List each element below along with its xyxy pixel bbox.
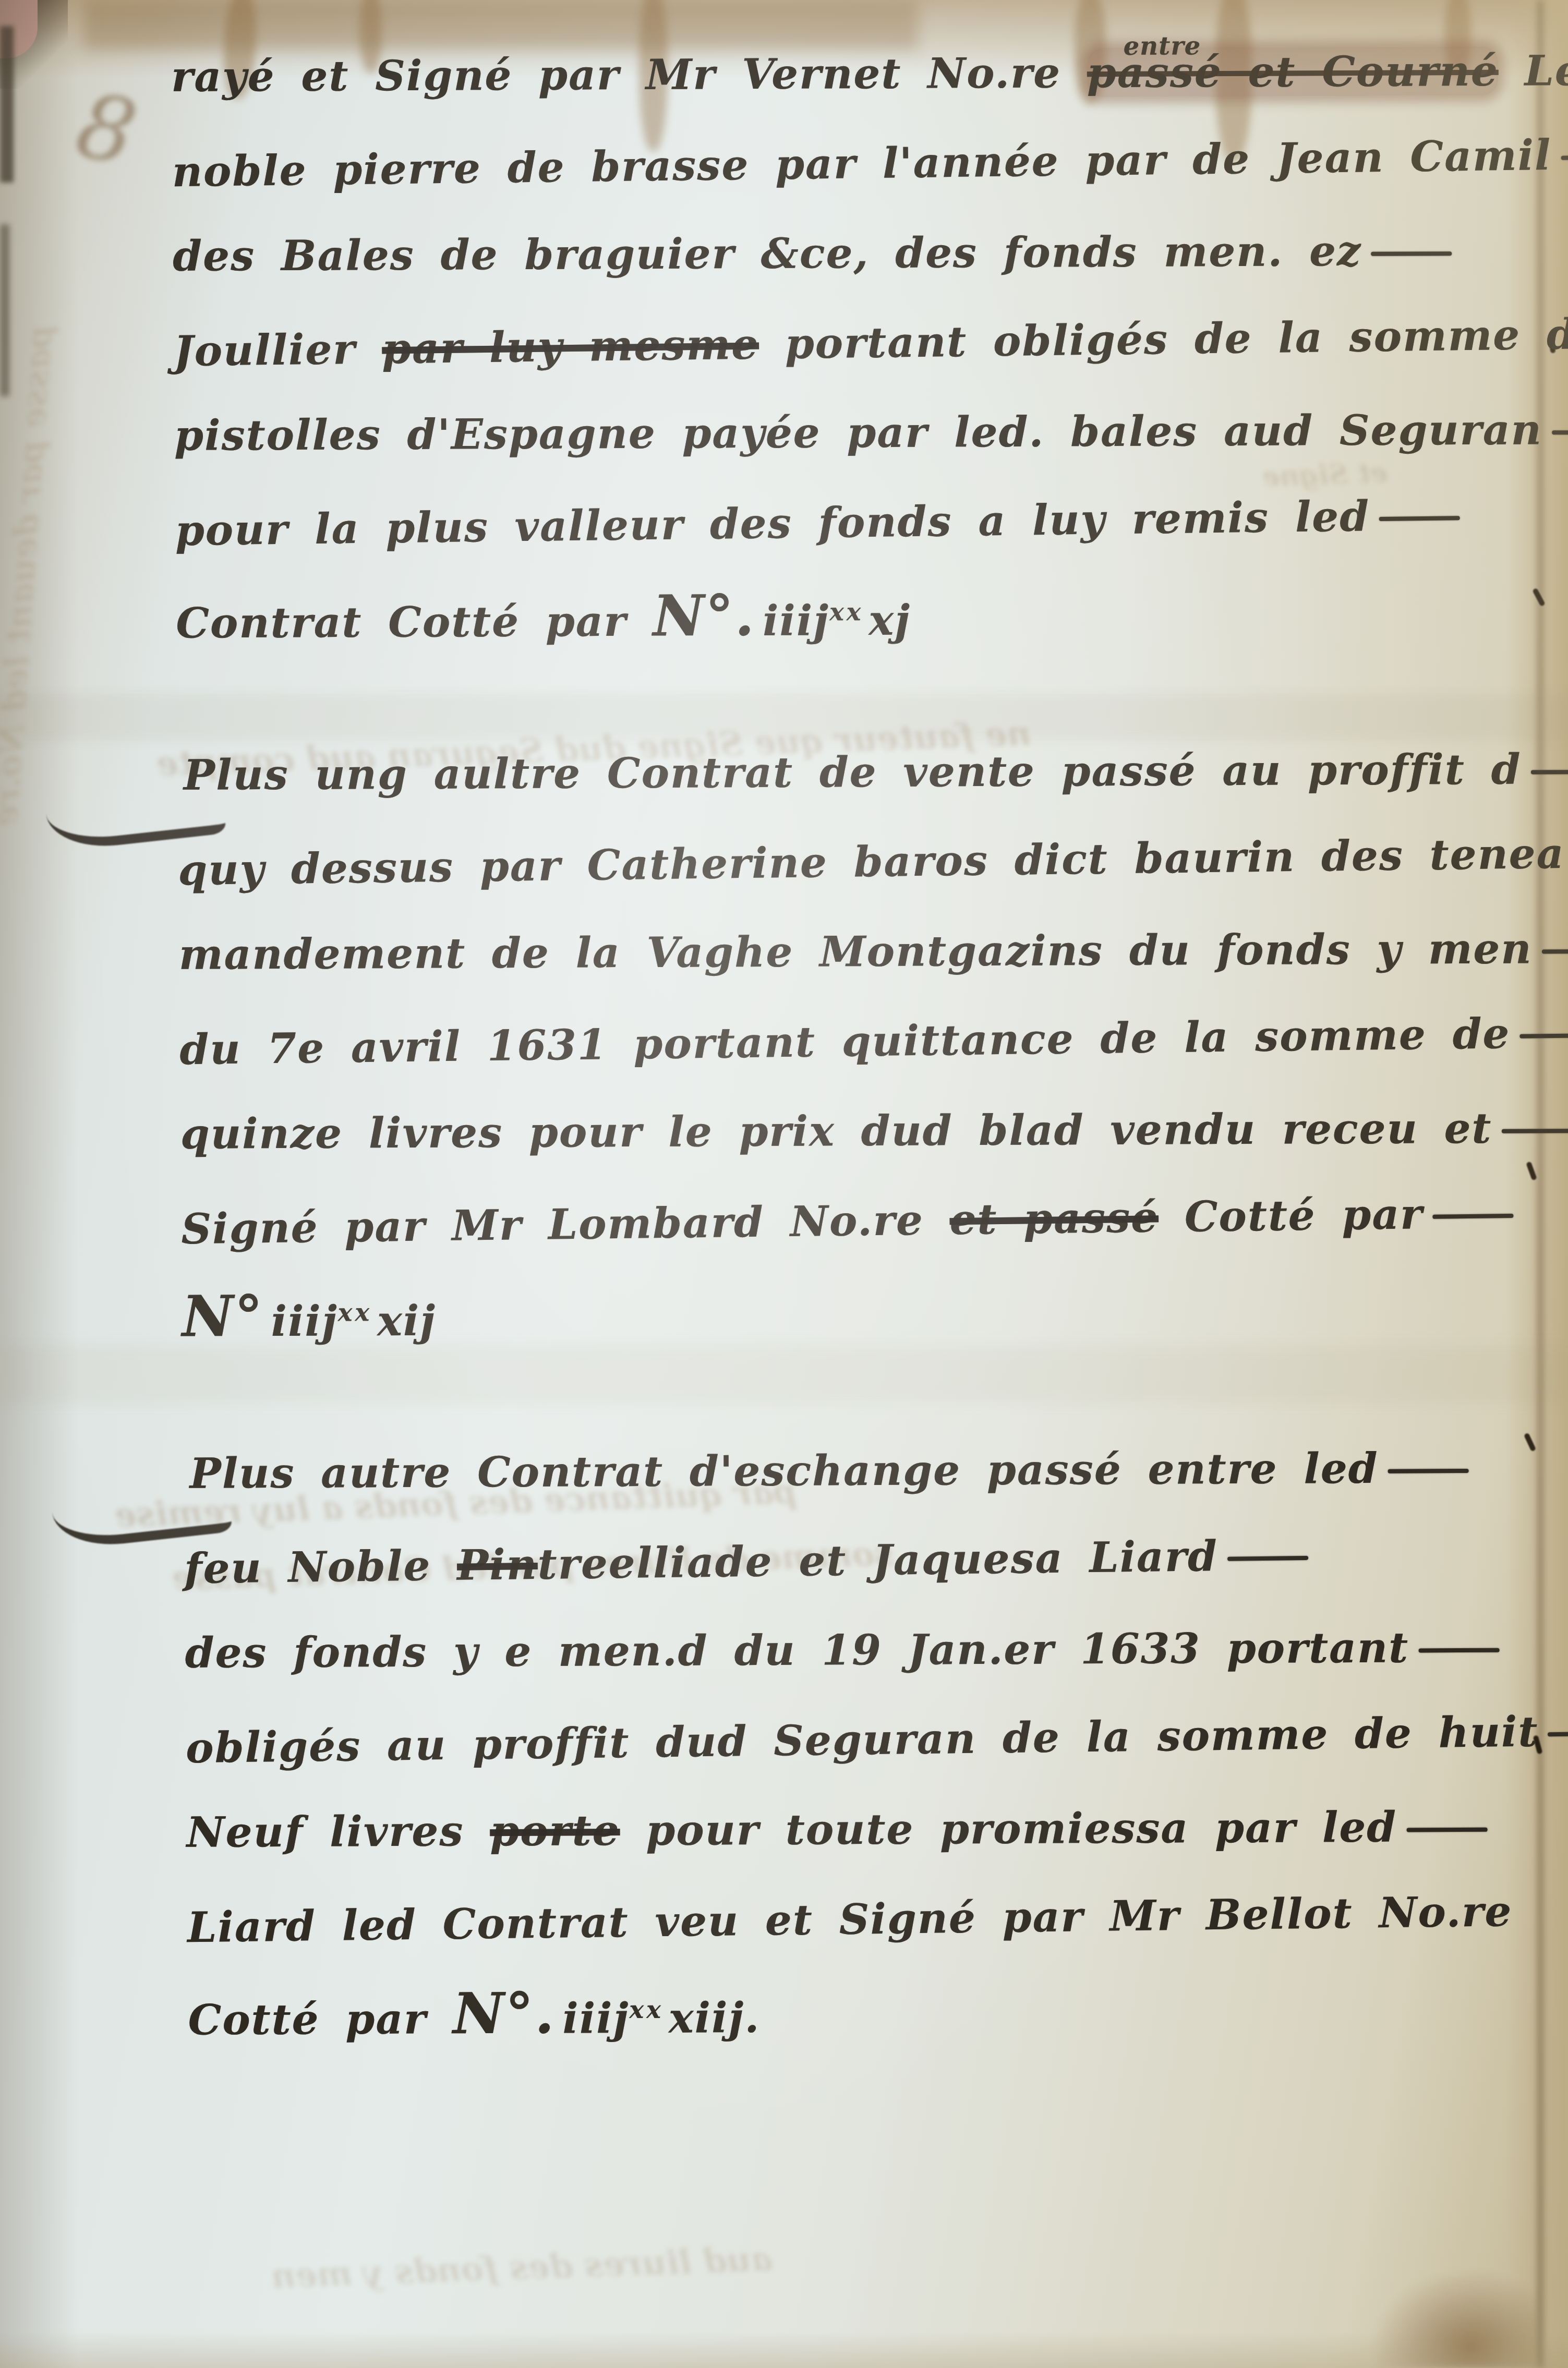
margin-ink-blot: 8 <box>68 74 145 186</box>
segment-tail: xiij. <box>669 1993 761 2043</box>
segment-text: pour la plus valleur des fonds a luy rem… <box>175 491 1370 555</box>
manuscript-entry: Plus autre Contrat d'eschange passé entr… <box>183 1419 1568 2059</box>
segment-tail: xj <box>869 595 911 644</box>
segment-dash <box>1227 1556 1308 1561</box>
manuscript-entry: rayé et Signé par Mr Vernet No.re entrep… <box>171 22 1561 662</box>
segment-base: iiij <box>562 1994 630 2043</box>
bleedthrough-ghost-text: aud liures des fonds y men <box>271 2239 773 2295</box>
manuscript-line: Neuf livres porte pour toute promiessa p… <box>186 1781 1568 1877</box>
segment-strike: porte <box>490 1806 620 1855</box>
segment-sup: xx <box>829 597 864 626</box>
segment-sup: xx <box>629 1995 664 2024</box>
manuscript-line: N°iiijxxxij <box>182 1262 1567 1358</box>
segment-tail: xij <box>377 1296 436 1345</box>
manuscript-line: feu Noble Pintreelliade et Jaquesa Liard <box>184 1507 1568 1613</box>
segment-text: portant obligés de la somme de Trois <box>758 307 1568 368</box>
manuscript-line: rayé et Signé par Mr Vernet No.re entrep… <box>171 26 1557 122</box>
segment-text: feu Noble <box>184 1541 457 1593</box>
segment-strike: Pin <box>456 1540 538 1590</box>
segment-text: pour toute promiessa par led <box>620 1803 1397 1855</box>
segment-dash <box>1501 1129 1568 1133</box>
segment-text: quinze livres pour le prix dud blad vend… <box>180 1104 1492 1158</box>
segment-flourish <box>184 1483 190 1488</box>
segment-text: rayé et Signé par Mr Vernet No.re <box>171 48 1087 101</box>
bottom-edge-shading <box>0 2331 1568 2368</box>
segment-strike: et passé <box>949 1192 1159 1244</box>
manuscript-line: mandement de la Vaghe Montgazins du fond… <box>179 903 1564 999</box>
manuscript-line: des Bales de braguier &ce, des fonds men… <box>173 205 1558 301</box>
segment-dash <box>1432 1214 1513 1219</box>
segment-text: Plus autre Contrat d'eschange passé entr… <box>189 1444 1378 1498</box>
manuscript-line: Plus autre Contrat d'eschange passé entr… <box>183 1422 1568 1518</box>
segment-dash <box>1418 1648 1499 1653</box>
manuscript-line: pistolles d'Espagne payée par led. bales… <box>174 384 1560 480</box>
segment-text: des fonds y e men.d du 19 Jan.er 1633 po… <box>185 1623 1409 1677</box>
segment-sup: xx <box>338 1298 372 1326</box>
segment-text: Contrat Cotté par <box>176 596 653 647</box>
manuscript-line: quy dessus par Catherine baros dict baur… <box>177 808 1563 915</box>
segment-text: Liard led Contrat veu et Signé par Mr Be… <box>187 1887 1513 1952</box>
manuscript-line: Liard led Contrat veu et Signé par Mr Be… <box>187 1866 1568 1972</box>
segment-no: N°. <box>653 583 755 649</box>
manuscript-line: Plus ung aultre Contrat de vente passé a… <box>177 724 1563 820</box>
segment-base: iiij <box>763 596 830 645</box>
segment-base: iiij <box>271 1296 339 1346</box>
segment-text: des Bales de braguier &ce, des fonds men… <box>173 226 1362 281</box>
segment-flourish <box>177 784 184 790</box>
manuscript-line: pour la plus valleur des fonds a luy rem… <box>175 469 1561 575</box>
segment-text: Cotté par <box>188 1994 453 2044</box>
segment-text: Joullier <box>173 324 382 376</box>
segment-text: obligés au proffit dud Seguran de la som… <box>186 1707 1539 1772</box>
segment-text: Plus ung aultre Contrat de vente passé a… <box>184 745 1522 800</box>
segment-text: noble pierre de brasse par l'année par d… <box>172 130 1552 196</box>
segment-dash <box>1519 1033 1568 1038</box>
manuscript-line: quinze livres pour le prix dud blad vend… <box>180 1083 1566 1179</box>
segment-dash <box>1552 430 1568 435</box>
segment-text: quy dessus par Catherine baros dict baur… <box>178 829 1565 895</box>
segment-no: N°. <box>453 1980 556 2047</box>
manuscript-line: noble pierre de brasse par l'année par d… <box>172 110 1558 216</box>
manuscript-entry: Plus ung aultre Contrat de vente passé a… <box>177 721 1567 1361</box>
manuscript-line: Contrat Cotté par N°.iiijxxxj <box>176 564 1561 660</box>
segment-text: mandement de la Vaghe Montgazins du fond… <box>179 924 1533 978</box>
manuscript-line: obligés au proffit dud Seguran de la som… <box>185 1686 1568 1793</box>
segment-dash <box>1406 1828 1487 1832</box>
segment-dash <box>1531 770 1568 775</box>
segment-dash <box>1561 155 1568 160</box>
manuscript-line: du 7e avril 1631 portant quittance de la… <box>179 988 1565 1094</box>
segment-text: pistolles d'Espagne payée par led. bales… <box>174 405 1542 460</box>
manuscript-line: des fonds y e men.d du 19 Jan.er 1633 po… <box>185 1602 1568 1698</box>
segment-text: Led <box>1498 46 1568 95</box>
segment-dash <box>1548 1731 1568 1736</box>
manuscript-line: Joullier par luy mesme portant obligés d… <box>173 289 1559 396</box>
segment-text: treelliade et Jaquesa Liard <box>537 1531 1218 1589</box>
manuscript-page: 8 ne fauteur que Signe dud Seguran aud c… <box>0 0 1568 2368</box>
segment-no: N° <box>182 1284 264 1350</box>
manuscript-line: Signé par Mr Lombard No.re et passé Cott… <box>180 1167 1566 1274</box>
segment-text: du 7e avril 1631 portant quittance de la… <box>179 1009 1511 1074</box>
segment-dash <box>1371 251 1452 256</box>
segment-strike: par luy mesme <box>382 320 759 373</box>
segment-dash <box>1542 949 1568 954</box>
segment-text: Neuf livres <box>186 1806 490 1857</box>
segment-text: Signé par Mr Lombard No.re <box>181 1195 950 1253</box>
segment-dash <box>1379 516 1460 521</box>
segment-text: Cotté par <box>1158 1189 1424 1241</box>
manuscript-line: Cotté par N°.iiijxxxiij. <box>188 1961 1568 2057</box>
segment-dash <box>1388 1469 1469 1473</box>
manuscript-text: rayé et Signé par Mr Vernet No.re entrep… <box>171 22 1568 2130</box>
